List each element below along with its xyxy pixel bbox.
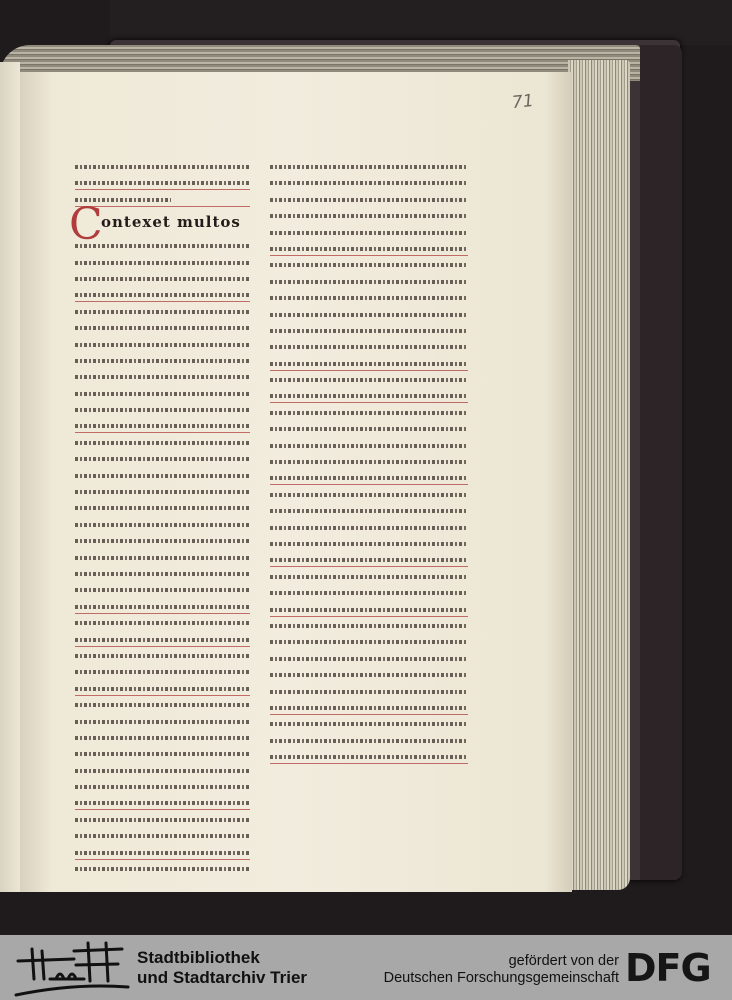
text-line [75,846,250,862]
text-line [75,239,250,255]
text-line [270,586,468,602]
text-line [270,603,468,619]
text-line [270,340,468,356]
text-line [270,553,468,569]
text-line [270,471,468,487]
text-line [75,256,250,272]
text-line [75,321,250,337]
text-line [270,439,468,455]
text-column-left: Contexet multos [75,160,250,878]
footer-banner: Stadtbibliothek und Stadtarchiv Trier ge… [0,935,732,1000]
text-line [270,160,468,176]
text-line [270,537,468,553]
text-line [270,209,468,225]
text-line [270,488,468,504]
funding-note: gefördert von der Deutschen Forschungsge… [384,953,619,987]
text-line [75,583,250,599]
background [110,0,732,45]
text-column-right [270,160,468,766]
text-line [75,764,250,780]
text-line [270,701,468,717]
facing-page-edge [0,62,20,892]
text-line [75,534,250,550]
rubric-heading: Contexet multos [75,209,250,239]
text-line [270,258,468,274]
funding-line-2: Deutschen Forschungsgemeinschaft [384,970,619,987]
text-line [270,291,468,307]
dfg-logo-icon: DFG [625,948,711,988]
text-line [75,160,250,176]
text-line [75,338,250,354]
text-line [75,469,250,485]
text-line [75,567,250,583]
text-line [75,403,250,419]
text-line [270,389,468,405]
text-line [75,288,250,304]
text-line [270,308,468,324]
text-line [270,652,468,668]
funding-line-1: gefördert von der [384,953,619,970]
text-line [270,619,468,635]
institution-name: Stadtbibliothek und Stadtarchiv Trier [137,948,307,988]
text-line [75,698,250,714]
text-line [75,780,250,796]
rubric-heading-text: ontexet multos [101,213,241,231]
text-line [75,272,250,288]
text-line [270,455,468,471]
text-line [270,521,468,537]
institution-line-2: und Stadtarchiv Trier [137,968,307,988]
text-line [75,813,250,829]
text-line [75,633,250,649]
text-line [75,176,250,192]
text-line [75,485,250,501]
text-line [75,715,250,731]
page-block-fore-edge [568,60,630,890]
text-line [75,665,250,681]
text-line [75,747,250,763]
stadtbibliothek-logo-icon [14,939,130,999]
text-line [270,357,468,373]
text-line [270,226,468,242]
manuscript-photo: 71 Contexet multos [0,0,732,935]
text-line [75,419,250,435]
folio-number: 71 [511,91,535,113]
text-line [75,862,250,878]
text-line [75,452,250,468]
text-line [270,750,468,766]
text-line [75,600,250,616]
text-line [75,731,250,747]
text-line [270,668,468,684]
text-line [75,518,250,534]
text-line [75,796,250,812]
text-line [270,570,468,586]
text-line [75,682,250,698]
text-line [270,275,468,291]
text-line [270,324,468,340]
text-line [270,176,468,192]
text-line [270,406,468,422]
text-line [75,305,250,321]
text-line [75,354,250,370]
text-line [270,635,468,651]
text-line [270,242,468,258]
text-line [270,422,468,438]
text-line [75,829,250,845]
text-line [75,370,250,386]
text-line [75,551,250,567]
text-line [75,649,250,665]
text-line [270,193,468,209]
text-line [270,373,468,389]
text-line [270,734,468,750]
book-cover-edge [640,45,682,880]
text-line [270,504,468,520]
text-line [75,501,250,517]
text-line [75,616,250,632]
institution-line-1: Stadtbibliothek [137,948,307,968]
text-line [75,387,250,403]
text-line [270,685,468,701]
text-line [270,717,468,733]
text-line [75,436,250,452]
